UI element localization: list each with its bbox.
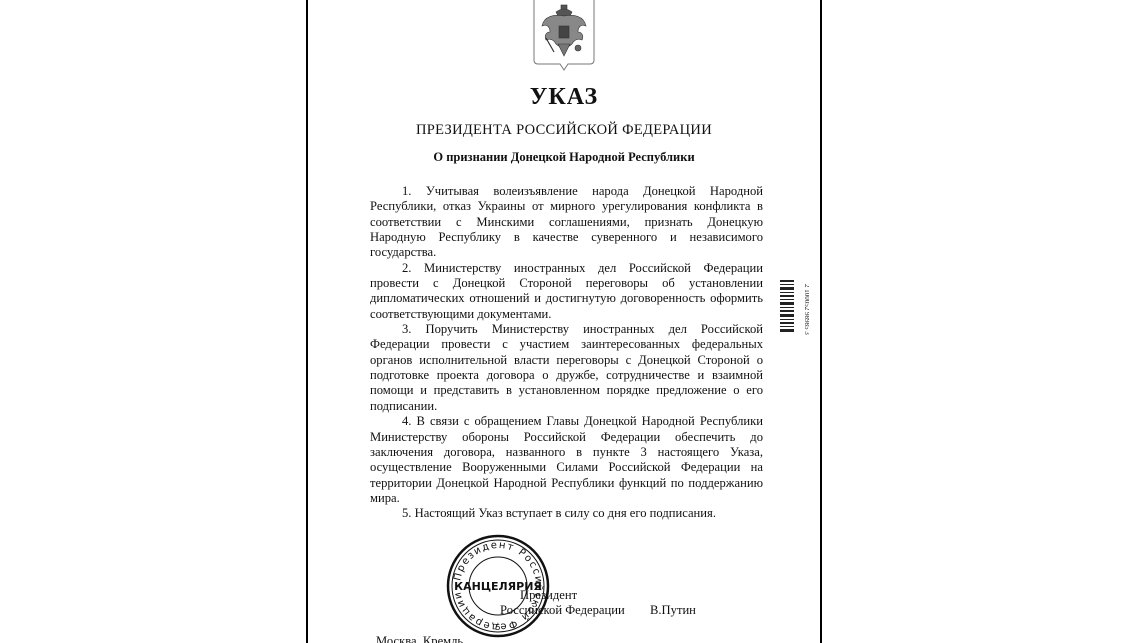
- coat-of-arms-icon: [532, 0, 596, 72]
- paragraph-5: 5. Настоящий Указ вступает в силу со дня…: [370, 506, 763, 521]
- paragraph-3: 3. Поручить Министерству иностранных дел…: [370, 322, 763, 414]
- paragraph-1: 1. Учитывая волеизъявление народа Донецк…: [370, 184, 763, 261]
- svg-text:5: 5: [495, 623, 500, 632]
- signatory-name: В.Путин: [650, 603, 696, 618]
- official-stamp: Президент Российской Федерации КАНЦЕЛЯРИ…: [446, 534, 550, 638]
- signatory-title-line1: Президент: [520, 588, 577, 603]
- document-heading: О признании Донецкой Народной Республики: [308, 150, 820, 165]
- place-of-signing: Москва, Кремль: [376, 634, 463, 643]
- paragraph-2: 2. Министерству иностранных дел Российск…: [370, 261, 763, 322]
- document-subtitle: ПРЕЗИДЕНТА РОССИЙСКОЙ ФЕДЕРАЦИИ: [308, 122, 820, 139]
- signatory-title-line2: Российской Федерации: [500, 603, 625, 618]
- document-title: УКАЗ: [308, 84, 820, 111]
- document-page: УКАЗ ПРЕЗИДЕНТА РОССИЙСКОЙ ФЕДЕРАЦИИ О п…: [306, 0, 822, 643]
- barcode-icon: 2 100052 98985 3: [779, 278, 809, 340]
- svg-text:2 100052 98985 3: 2 100052 98985 3: [803, 284, 809, 335]
- paragraph-4: 4. В связи с обращением Главы Донецкой Н…: [370, 414, 763, 506]
- document-body: 1. Учитывая волеизъявление народа Донецк…: [370, 184, 763, 522]
